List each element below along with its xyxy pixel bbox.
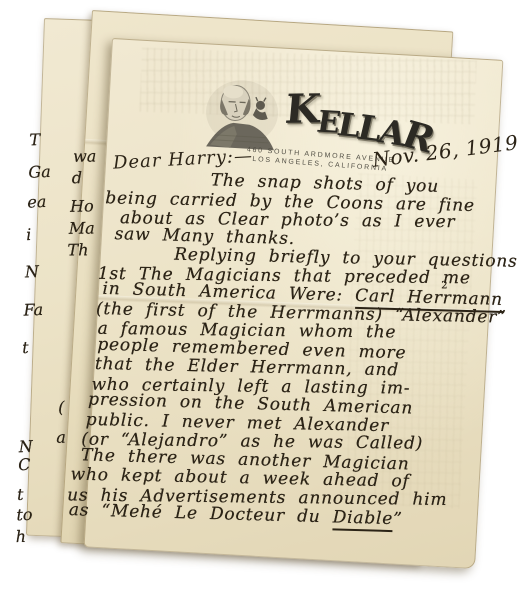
ghost-fragment: ea: [27, 192, 47, 212]
ghost-fragment: i: [26, 225, 32, 244]
ghost-fragment: C: [18, 455, 31, 474]
logo-letter: K: [283, 85, 320, 133]
ghost-fragment: (: [58, 398, 64, 417]
ghost-fragment: h: [15, 527, 26, 546]
ghost-fragment: d: [72, 168, 82, 187]
ghost-fragment: T: [29, 130, 40, 149]
ghost-fragment: a: [56, 428, 66, 447]
ghost-fragment: Ho: [70, 196, 94, 215]
underlined-phrase: Carl Herrmann2: [355, 286, 503, 313]
ghost-fragment: t: [17, 485, 24, 504]
ghost-fragment: wa: [73, 147, 96, 166]
ghost-fragment: Th: [67, 240, 88, 259]
ghost-fragment: to: [16, 505, 33, 525]
ghost-fragment: N: [18, 437, 33, 456]
letter-photograph: TGaeaiNFatNCttoh wadHoMaTh(a: [0, 0, 520, 600]
ghost-fragment: Ma: [69, 218, 95, 237]
ghost-fragment: N: [25, 262, 40, 281]
ghost-fragment: Ga: [28, 162, 51, 182]
ghost-fragment: t: [22, 338, 29, 357]
kellar-portrait-engraving: [199, 74, 285, 154]
kellar-logo: KELLAR: [283, 84, 435, 144]
superscript-mark: 2: [441, 277, 449, 296]
ghost-fragment: Fa: [23, 300, 43, 320]
letter-body: The snap shots of youbeing carried by th…: [89, 170, 500, 530]
underlined-phrase: Diable: [332, 507, 393, 532]
